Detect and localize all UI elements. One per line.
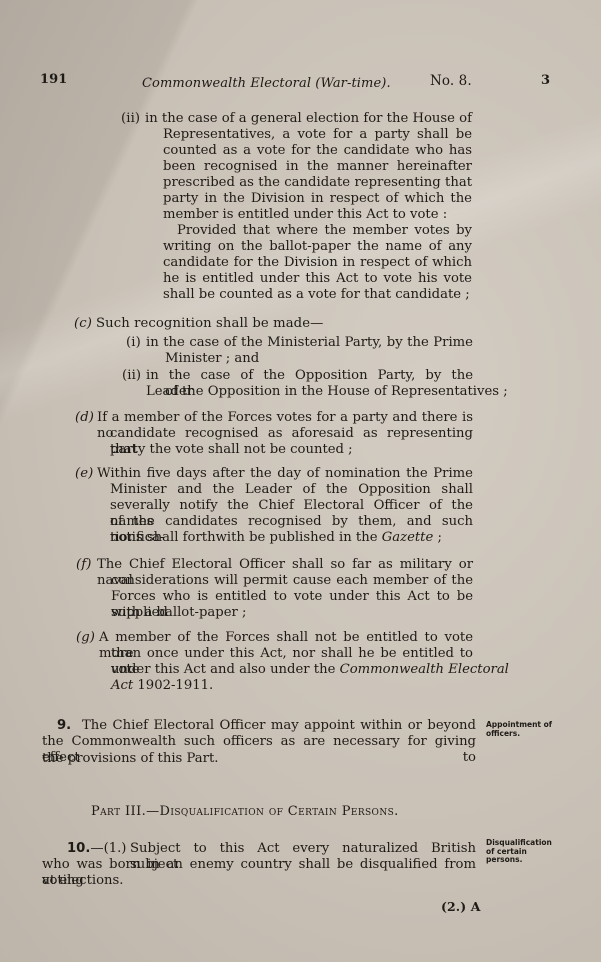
section-10-number: 10.—(1.) [67,841,126,857]
clause-b-ii-label: (ii) [121,111,140,127]
clause-c-ii-label: (ii) [122,368,141,384]
section-9-line-2: the provisions of this Part. [42,751,218,767]
section-9-num: 9. [57,718,71,733]
clause-e-line-4-text: tions shall forthwith be published in th… [110,530,378,545]
clause-f-line-3: with a ballot-paper ; [111,605,246,621]
section-9-number: 9. [57,718,71,734]
clause-c-i-line-0: in the case of the Ministerial Party, by… [146,335,473,351]
clause-f-label: (f) [76,557,91,573]
proviso-line-4: shall be counted as a vote for that cand… [163,287,470,303]
proviso-line-1: writing on the ballot-paper the name of … [163,239,472,255]
clause-f-line-1: considerations will permit cause each me… [111,573,473,589]
clause-d-label: (d) [75,410,94,426]
clause-b-ii-line-1: Representatives, a vote for a party shal… [163,127,472,143]
clause-b-ii-line-3: been recognised in the manner hereinafte… [163,159,472,175]
section-10-subsection: —(1.) [90,841,126,856]
header-title: Commonwealth Electoral (War-time). [142,76,391,92]
part-heading: Part III.—Disqualification of Certain Pe… [91,804,399,820]
act-years: 1902-1911. [133,678,213,693]
section-10-line-2: at elections. [42,873,123,889]
proviso-line-2: candidate for the Division in respect of… [163,255,472,271]
clause-e-line-4: tions shall forthwith be published in th… [110,530,442,546]
clause-b-ii-line-5: party in the Division in respect of whic… [163,191,472,207]
clause-b-ii-line-2: counted as a vote for the candidate who … [163,143,472,159]
margin-note-appointment: Appointment of officers. [486,721,552,738]
clause-b-ii-line-0: in the case of a general election for th… [145,111,472,127]
clause-b-ii-line-4: prescribed as the candidate representing… [163,175,472,191]
header-number: No. 8. [430,73,472,89]
clause-e-line-0: Within five days after the day of nomina… [97,466,473,482]
margin-note-disqualification: Disqualification of certain persons. [486,839,552,865]
clause-g-line-3: Act 1902-1911. [111,678,213,694]
section-10-num: 10. [67,841,90,856]
section-9-line-0: The Chief Electoral Officer may appoint … [82,718,476,734]
clause-g-line-2-text: under this Act and also under the [111,662,335,677]
clause-g-label: (g) [76,630,95,646]
clause-g-line-2: under this Act and also under the Common… [111,662,509,678]
act-italic: Act [111,678,133,693]
clause-c-i-label: (i) [126,335,141,351]
clause-e-label: (e) [75,466,93,482]
clause-c-ii-line-1: of the Opposition in the House of Repres… [165,384,508,400]
page-number: 3 [541,73,550,89]
margin-note-disq-2: persons. [486,856,552,865]
clause-d-line-2: party the vote shall not be counted ; [110,442,353,458]
clause-e-line-1: Minister and the Leader of the Oppositio… [110,482,473,498]
catchword: (2.) A [441,899,481,915]
gazette-italic: Gazette [382,530,434,545]
proviso-line-3: he is entitled under this Act to vote hi… [163,271,472,287]
proviso-line-0: Provided that where the member votes by [177,223,472,239]
clause-c-label: (c) [74,316,92,332]
clause-e-end: ; [433,530,442,545]
clause-c-text: Such recognition shall be made— [96,316,323,332]
clause-c-i-line-1: Minister ; and [165,351,259,367]
margin-note-appointment-1: officers. [486,730,552,739]
header-year: 191 [40,72,67,88]
act-title-italic: Commonwealth Electoral [340,662,509,677]
clause-b-ii-line-6: member is entitled under this Act to vot… [163,207,447,223]
